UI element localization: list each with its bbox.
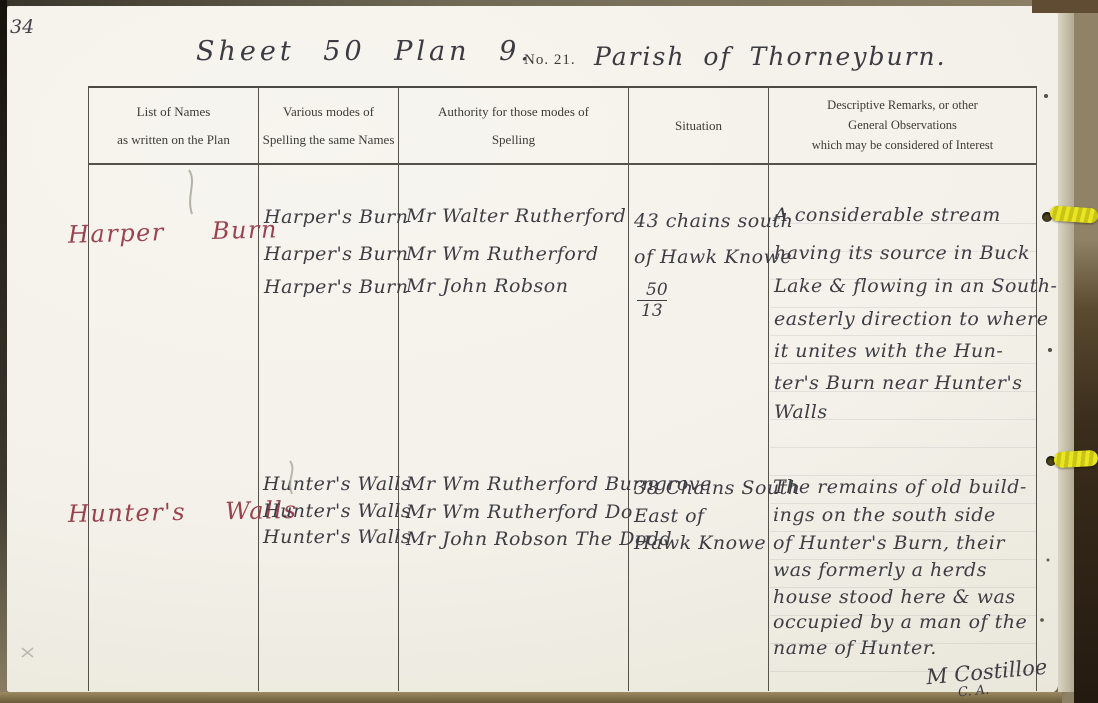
remarks-line: of Hunter's Burn, their — [773, 532, 1005, 554]
remarks-line: easterly direction to where — [774, 308, 1048, 330]
spelling-entry: Hunter's Walls — [263, 473, 411, 495]
header-line: Situation — [675, 118, 722, 134]
remarks-line: The remains of old build- — [773, 476, 1027, 498]
column-header-authority: Authority for those modes of Spelling — [399, 88, 628, 163]
page-top-edge — [0, 0, 1098, 6]
situation-line: Hawk Knowe — [634, 532, 766, 554]
table-header-rule — [88, 163, 1037, 165]
table-right-border — [1036, 87, 1037, 691]
spelling-entry: Harper's Burn — [264, 243, 409, 265]
authority-entry: Mr John Robson — [406, 275, 568, 297]
remarks-line: house stood here & was — [773, 586, 1016, 608]
table-column-divider — [628, 87, 629, 691]
table-column-divider — [258, 87, 259, 691]
remarks-line: Walls — [774, 401, 828, 423]
remarks-line: was formerly a herds — [773, 559, 987, 581]
remarks-line: A considerable stream — [774, 204, 1001, 226]
page-number: 34 — [10, 16, 34, 38]
remarks-line: name of Hunter. — [773, 637, 937, 659]
entry-number-label: No. 21. — [524, 52, 576, 69]
binding-corner — [1032, 0, 1098, 13]
remarks-line: Lake & flowing in an South- — [774, 275, 1057, 297]
column-header-remarks: Descriptive Remarks, or other General Ob… — [769, 88, 1036, 163]
authority-entry: Mr Wm Rutherford — [406, 243, 599, 265]
column-header-spelling: Various modes of Spelling the same Names — [259, 88, 398, 163]
situation-line: 43 chains south — [634, 210, 793, 232]
sheet-plan-title: Sheet 50 Plan 9. — [196, 36, 533, 67]
table-left-border — [88, 87, 89, 691]
fraction-numerator: 50 — [642, 280, 672, 300]
under-page-edge — [1058, 8, 1074, 692]
header-line: which may be considered of Interest — [812, 138, 994, 153]
header-line: Various modes of — [283, 104, 374, 120]
header-line: Spelling the same Names — [263, 132, 395, 148]
plan-name-red-ink: Harper Burn — [68, 215, 279, 248]
spelling-entry: Harper's Burn — [264, 276, 409, 298]
spelling-entry: Hunter's Walls — [263, 500, 411, 522]
parish-title: Parish of Thorneyburn. — [594, 42, 947, 71]
remarks-line: ter's Burn near Hunter's — [774, 372, 1022, 394]
column-header-situation: Situation — [629, 88, 768, 163]
yellow-tie — [1054, 450, 1098, 468]
situation-line: of Hawk Knowe — [634, 246, 792, 268]
header-line: as written on the Plan — [117, 132, 230, 148]
column-header-names: List of Names as written on the Plan — [89, 88, 258, 163]
remarks-line: having its source in Buck — [774, 242, 1030, 264]
situation-line: East of — [634, 505, 705, 527]
fraction-denominator: 13 — [637, 300, 667, 321]
header-line: Descriptive Remarks, or other — [827, 98, 978, 113]
remarks-line: it unites with the Hun- — [774, 340, 1003, 362]
page-left-edge — [0, 0, 7, 703]
page-bottom-edge — [0, 692, 1062, 703]
book-binding — [1074, 0, 1098, 703]
header-line: List of Names — [137, 104, 211, 120]
table-column-divider — [398, 87, 399, 691]
authority-entry: Mr Wm Rutherford Do — [406, 501, 633, 523]
remarks-line: ings on the south side — [773, 504, 996, 526]
scanned-name-book-page: 34 Sheet 50 Plan 9. No. 21. Parish of Th… — [0, 0, 1098, 703]
spelling-entry: Hunter's Walls — [263, 526, 411, 548]
spelling-entry: Harper's Burn — [264, 206, 409, 228]
authority-entry: Mr John Robson The Dodd — [406, 528, 672, 550]
header-line: General Observations — [848, 118, 957, 133]
remarks-line: occupied by a man of the — [773, 611, 1027, 633]
situation-fraction: 50 13 — [642, 280, 672, 321]
surveyor-rank: C. A. — [957, 683, 989, 701]
header-line: Spelling — [492, 132, 535, 148]
authority-entry: Mr Walter Rutherford — [406, 205, 626, 227]
header-line: Authority for those modes of — [438, 104, 589, 120]
